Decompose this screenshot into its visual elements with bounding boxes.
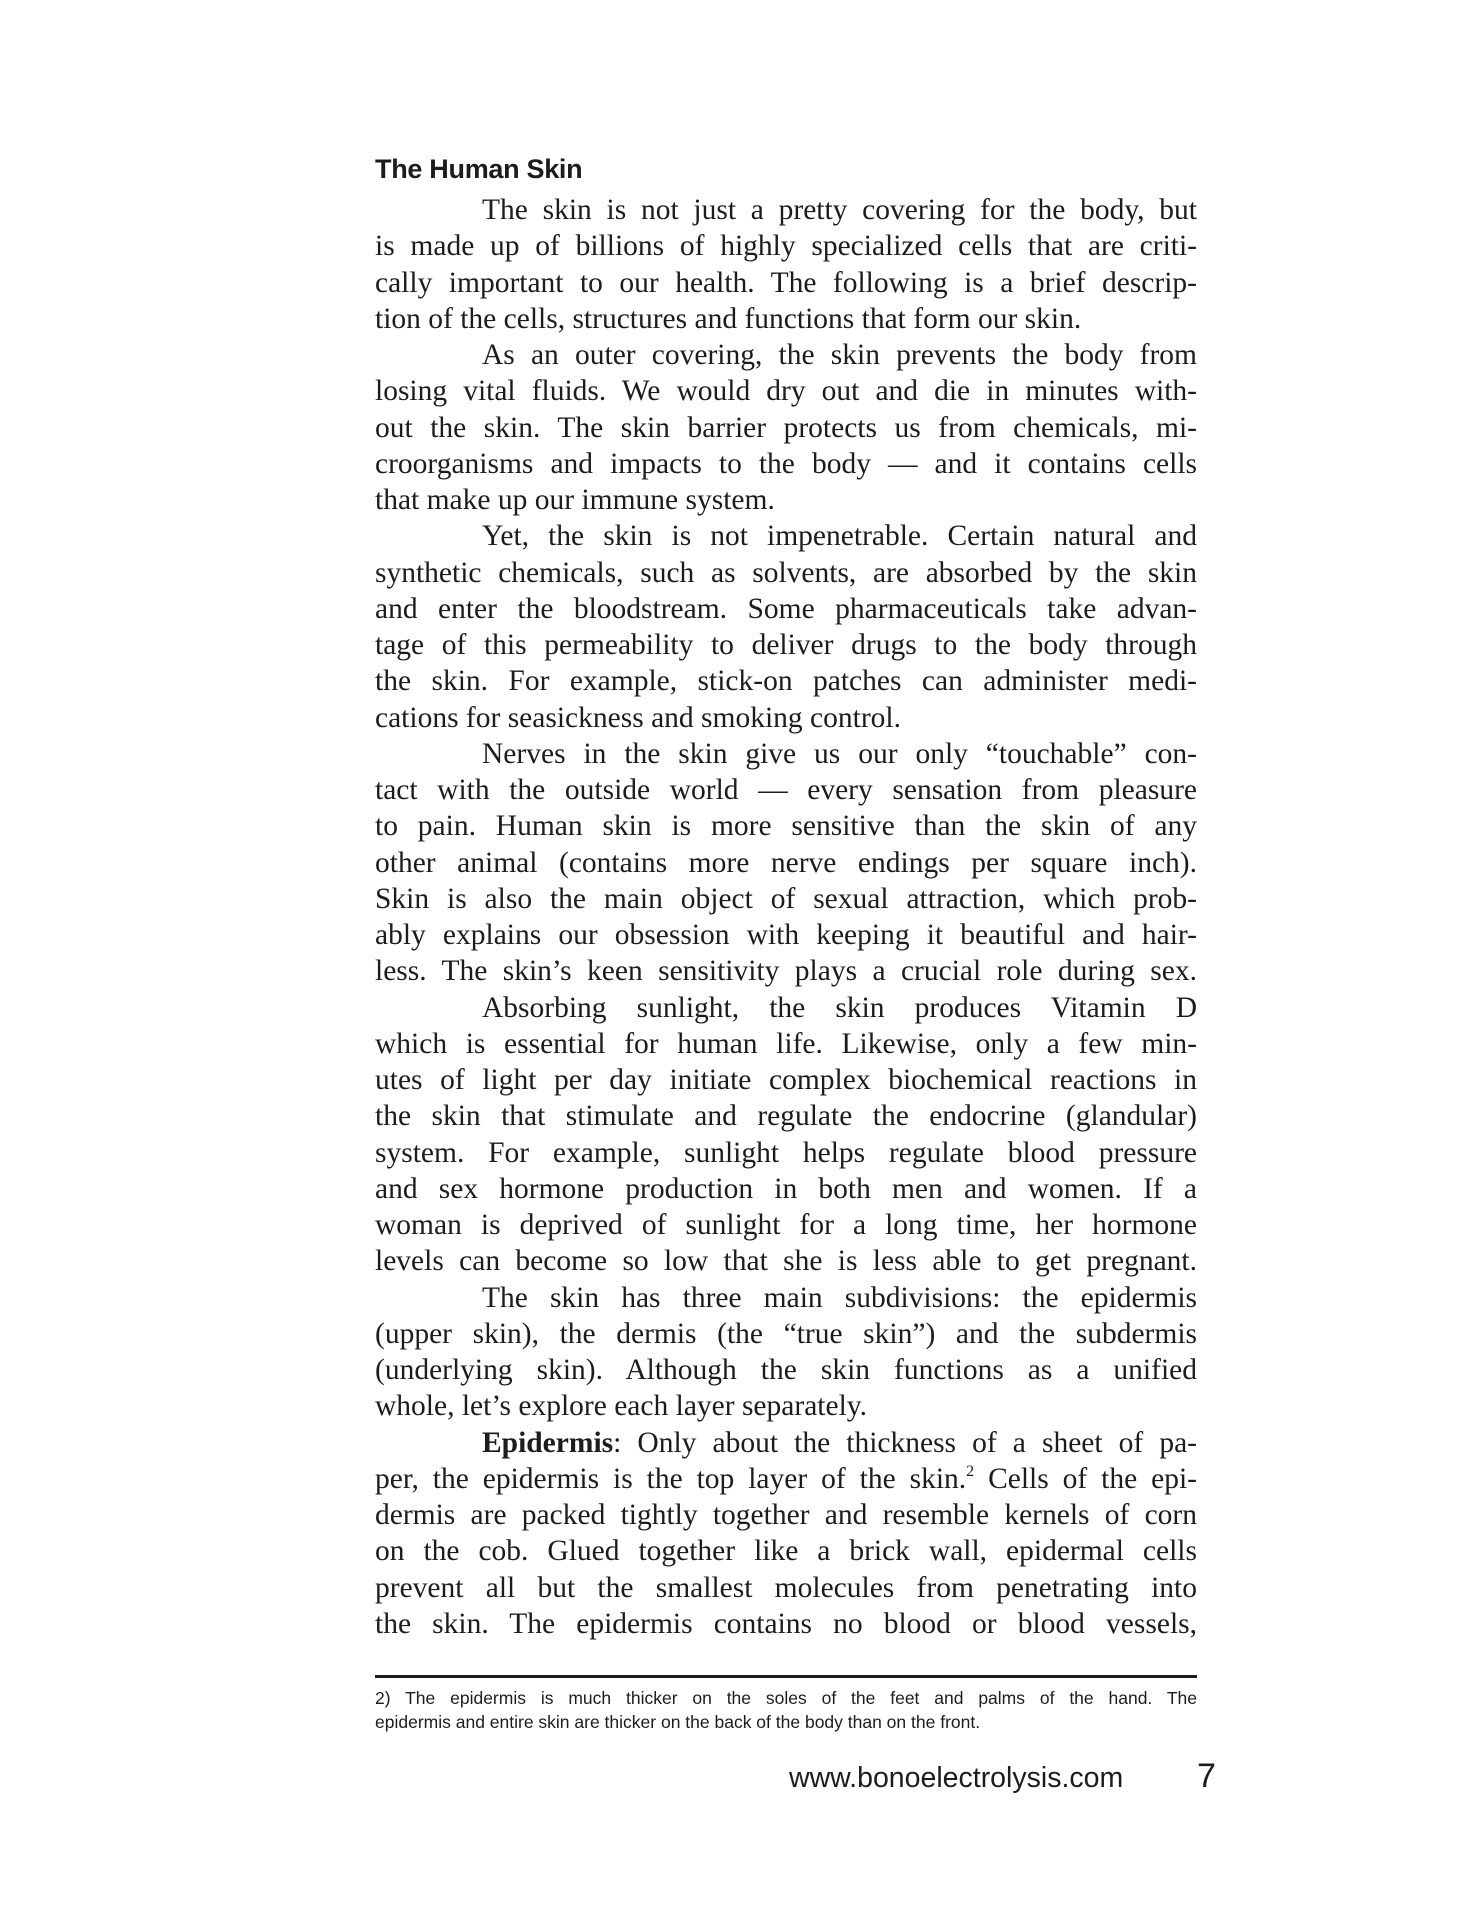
text-line: Epidermis: Only about the thickness of a… xyxy=(375,1425,1197,1461)
text-line: on the cob. Glued together like a brick … xyxy=(375,1533,1197,1569)
text-line: that make up our immune system. xyxy=(375,482,1197,518)
footer-website: www.bonoelectrolysis.com xyxy=(789,1760,1123,1796)
text-line: ably explains our obsession with keeping… xyxy=(375,917,1197,953)
text-line: the skin. For example, stick-on patches … xyxy=(375,663,1197,699)
text-line: other animal (contains more nerve ending… xyxy=(375,845,1197,881)
text-line: whole, let’s explore each layer separate… xyxy=(375,1388,1197,1424)
text-line: is made up of billions of highly special… xyxy=(375,228,1197,264)
text-line: (underlying skin). Although the skin fun… xyxy=(375,1352,1197,1388)
text-line: tion of the cells, structures and functi… xyxy=(375,301,1197,337)
text-line: Yet, the skin is not impenetrable. Certa… xyxy=(375,518,1197,554)
text-line: (upper skin), the dermis (the “true skin… xyxy=(375,1316,1197,1352)
text-line: which is essential for human life. Likew… xyxy=(375,1026,1197,1062)
text-line: per, the epidermis is the top layer of t… xyxy=(375,1461,1197,1497)
footnote-divider xyxy=(375,1675,1197,1678)
text-line: levels can become so low that she is les… xyxy=(375,1243,1197,1279)
text-line: tact with the outside world — every sens… xyxy=(375,772,1197,808)
footnote-line: epidermis and entire skin are thicker on… xyxy=(375,1710,1197,1734)
body-text: The skin is not just a pretty covering f… xyxy=(375,192,1197,1642)
text-line: utes of light per day initiate complex b… xyxy=(375,1062,1197,1098)
footnote: 2) The epidermis is much thicker on the … xyxy=(375,1686,1197,1734)
text-line: Absorbing sunlight, the skin produces Vi… xyxy=(375,990,1197,1026)
section-heading: The Human Skin xyxy=(375,152,582,186)
text-line: synthetic chemicals, such as solvents, a… xyxy=(375,555,1197,591)
text-line: dermis are packed tightly together and r… xyxy=(375,1497,1197,1533)
footnote-line: 2) The epidermis is much thicker on the … xyxy=(375,1686,1197,1710)
text-line: the skin. The epidermis contains no bloo… xyxy=(375,1606,1197,1642)
text-line: system. For example, sunlight helps regu… xyxy=(375,1135,1197,1171)
text-line: woman is deprived of sunlight for a long… xyxy=(375,1207,1197,1243)
text-line: less. The skin’s keen sensitivity plays … xyxy=(375,953,1197,989)
text-line: The skin is not just a pretty covering f… xyxy=(375,192,1197,228)
text-line: to pain. Human skin is more sensitive th… xyxy=(375,808,1197,844)
text-line: and sex hormone production in both men a… xyxy=(375,1171,1197,1207)
page-number: 7 xyxy=(1197,1756,1216,1796)
text-line: prevent all but the smallest molecules f… xyxy=(375,1570,1197,1606)
text-line: Nerves in the skin give us our only “tou… xyxy=(375,736,1197,772)
epidermis-term: Epidermis xyxy=(482,1427,613,1459)
text-line: and enter the bloodstream. Some pharmace… xyxy=(375,591,1197,627)
footnote-reference[interactable]: 2 xyxy=(966,1463,974,1480)
text-line: cations for seasickness and smoking cont… xyxy=(375,700,1197,736)
text-line: tage of this permeability to deliver dru… xyxy=(375,627,1197,663)
text-line: cally important to our health. The follo… xyxy=(375,265,1197,301)
text-line: As an outer covering, the skin prevents … xyxy=(375,337,1197,373)
text-line: out the skin. The skin barrier protects … xyxy=(375,410,1197,446)
text-line: croorganisms and impacts to the body — a… xyxy=(375,446,1197,482)
text-line: Skin is also the main object of sexual a… xyxy=(375,881,1197,917)
text-line: The skin has three main subdivisions: th… xyxy=(375,1280,1197,1316)
text-line: the skin that stimulate and regulate the… xyxy=(375,1098,1197,1134)
text-line: losing vital fluids. We would dry out an… xyxy=(375,373,1197,409)
